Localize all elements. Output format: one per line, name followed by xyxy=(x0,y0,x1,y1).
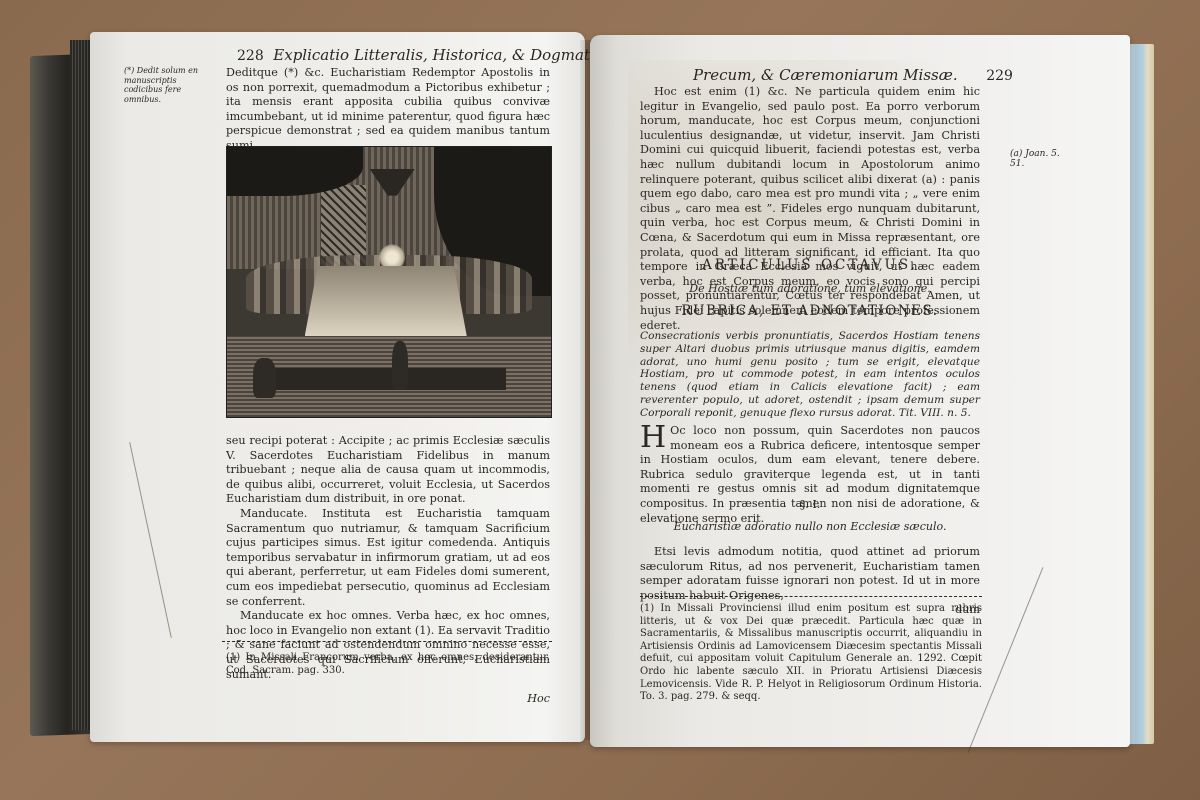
engraving-jar-left xyxy=(253,358,276,399)
rubric-text: Consecrationis verbis pronuntiatis, Sace… xyxy=(640,330,980,420)
section-paragraph: Etsi levis admodum notitia, quod attinet… xyxy=(640,545,980,603)
left-footnote-rule xyxy=(222,641,552,642)
rubric-heading: RUBRICA, ET ADNOTATIONES. xyxy=(640,304,980,319)
left-running-title: Explicatio Litteralis, Historica, & Dogm… xyxy=(273,46,612,64)
drop-cap: H xyxy=(640,425,666,451)
paragraph: seu recipi poterat : Accipite ; ac primi… xyxy=(226,434,550,507)
right-footnote: (1) In Missali Provinciensi illud enim p… xyxy=(640,603,982,704)
left-opening-paragraph: Deditque (*) &c. Eucharistiam Redemptor … xyxy=(226,66,550,154)
page-stack-left xyxy=(70,40,90,730)
left-running-head: 228 Explicatio Litteralis, Historica, & … xyxy=(237,46,612,64)
right-running-head: Precum, & Cæremoniarum Missæ. 229 xyxy=(693,66,1013,84)
right-folio: 229 xyxy=(986,68,1013,84)
engraving-jar-center xyxy=(392,341,408,390)
engraving-window-left xyxy=(321,185,366,266)
paragraph: Manducate. Instituta est Eucharistia tam… xyxy=(226,507,550,609)
left-marginal-note: (*) Dedit solum en manuscriptis codicibu… xyxy=(124,66,210,104)
book-block-right-edge xyxy=(1128,44,1154,744)
right-footnote-rule xyxy=(640,596,982,597)
right-marginal-note: (a) Joan. 5. 51. xyxy=(1010,150,1070,169)
engraving-table xyxy=(305,266,467,336)
left-footnote: (1) In Missali Francorum verba, ex hoc o… xyxy=(226,652,550,677)
left-folio: 228 xyxy=(237,48,264,64)
section-title: Eucharistiæ adoratio nullo non Ecclesiæ … xyxy=(640,520,980,535)
article-heading: ARTICULUS OCTAVUS. xyxy=(640,258,980,273)
left-catchword: Hoc xyxy=(226,692,550,707)
opening-text: Deditque (*) &c. Eucharistiam Redemptor … xyxy=(226,66,550,154)
last-supper-engraving xyxy=(226,146,552,418)
engraving-step xyxy=(272,368,505,390)
article-subheading: De Hostiæ tum adoratione, tum elevatione… xyxy=(640,282,980,297)
right-running-title: Precum, & Cæremoniarum Missæ. xyxy=(693,66,958,84)
section-mark: §. I. xyxy=(640,498,980,513)
